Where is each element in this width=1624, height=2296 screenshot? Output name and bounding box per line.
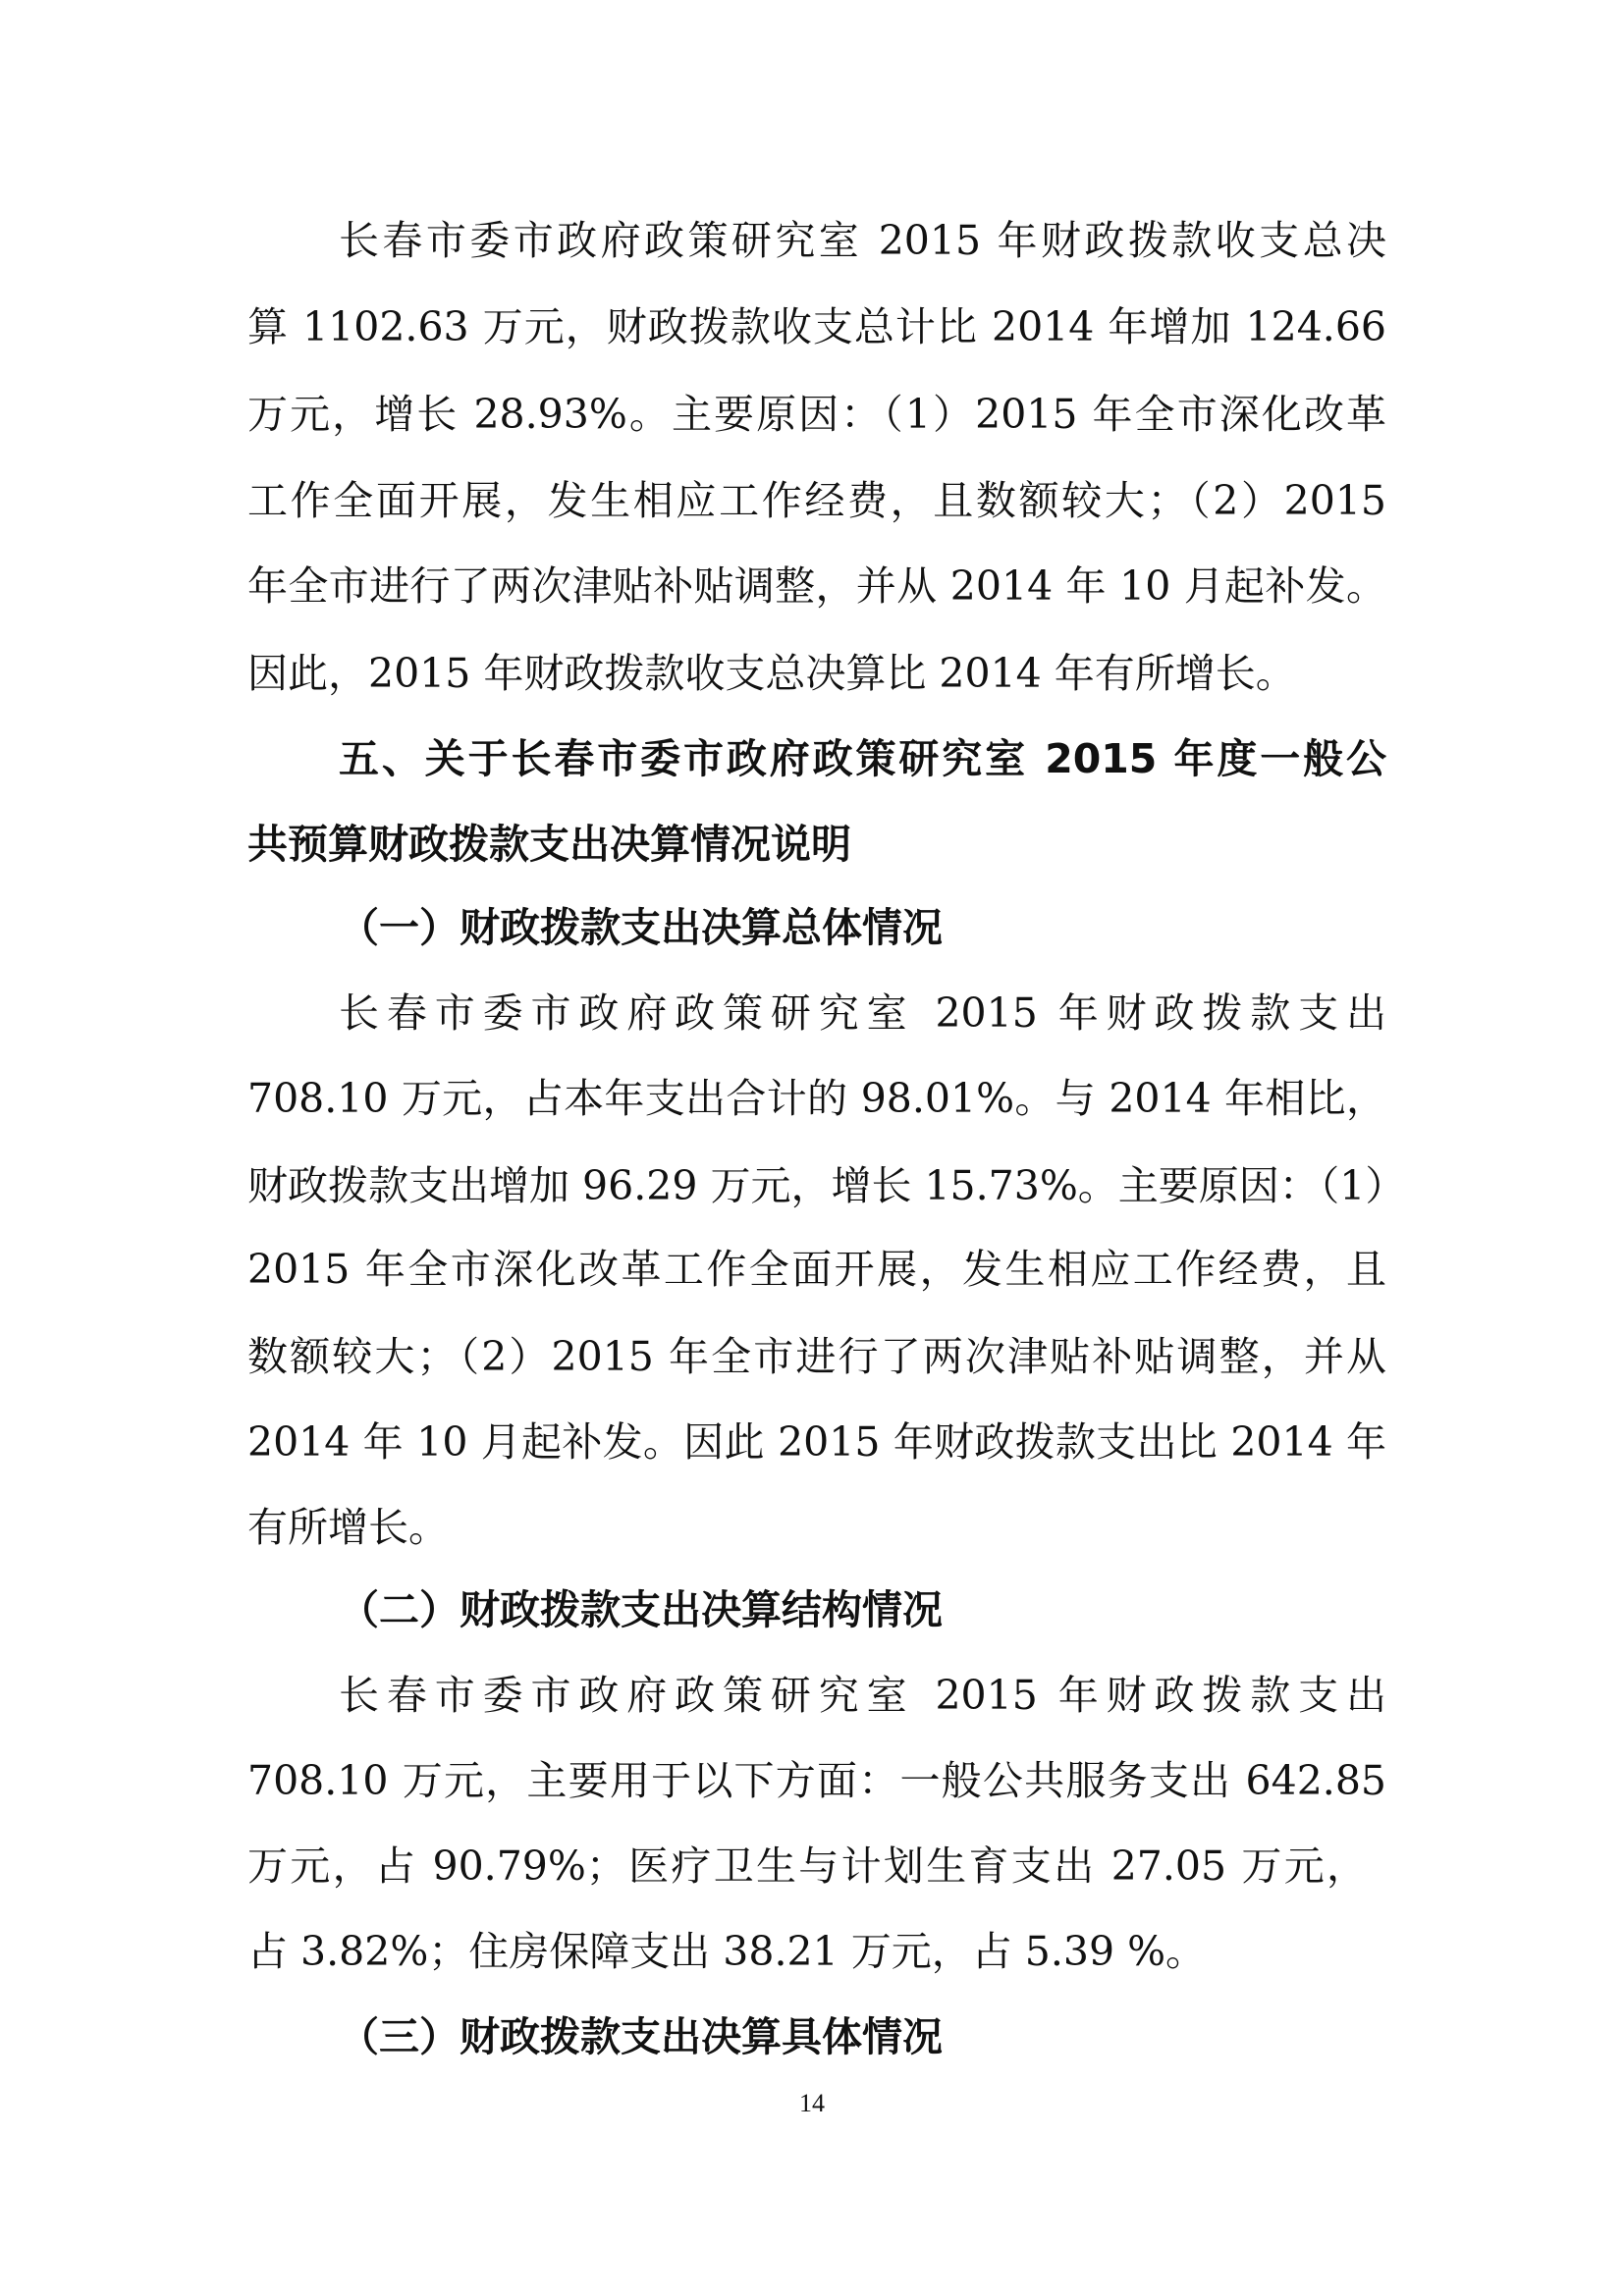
text-line: 因此，2015 年财政拨款收支总决算比 2014 年有所增长。 [247,649,1386,698]
text-line: 工作全面开展，发生相应工作经费，且数额较大；（2）2015 [247,476,1386,525]
subheading-detail: （三）财政拨款支出决算具体情况 [339,2012,943,2061]
text-line: 708.10 万元，主要用于以下方面：一般公共服务支出 642.85 [247,1756,1386,1805]
subheading-structure: （二）财政拨款支出决算结构情况 [339,1585,943,1634]
text-line: 占 3.82%；住房保障支出 38.21 万元，占 5.39 %。 [247,1927,1386,1976]
text-line: 2014 年 10 月起补发。因此 2015 年财政拨款支出比 2014 年 [247,1417,1386,1467]
text-line: 长春市委市政府政策研究室 2015 年财政拨款支出 [339,1671,1386,1720]
text-line: 708.10 万元，占本年支出合计的 98.01%。与 2014 年相比， [247,1074,1386,1123]
subheading-overall: （一）财政拨款支出决算总体情况 [339,903,943,952]
text-line: 有所增长。 [247,1503,1386,1552]
text-line: 算 1102.63 万元，财政拨款收支总计比 2014 年增加 124.66 [247,302,1386,351]
text-line: 长春市委市政府政策研究室 2015 年财政拨款收支总决 [339,216,1386,265]
heading-line: 五、关于长春市委市政府政策研究室 2015 年度一般公 [339,734,1386,783]
text-line: 财政拨款支出增加 96.29 万元，增长 15.73%。主要原因：（1） [247,1161,1386,1210]
heading-line: 共预算财政拨款支出决算情况说明 [247,820,1386,869]
text-line: 长春市委市政府政策研究室 2015 年财政拨款支出 [339,988,1386,1038]
text-line: 数额较大；（2）2015 年全市进行了两次津贴补贴调整，并从 [247,1332,1386,1381]
text-line: 万元，占 90.79%；医疗卫生与计划生育支出 27.05 万元， [247,1842,1367,1891]
text-line: 万元，增长 28.93%。主要原因：（1）2015 年全市深化改革 [247,390,1386,439]
page-number: 14 [0,2089,1624,2118]
text-line: 年全市进行了两次津贴补贴调整，并从 2014 年 10 月起补发。 [247,561,1386,611]
text-line: 2015 年全市深化改革工作全面开展，发生相应工作经费，且 [247,1245,1386,1294]
